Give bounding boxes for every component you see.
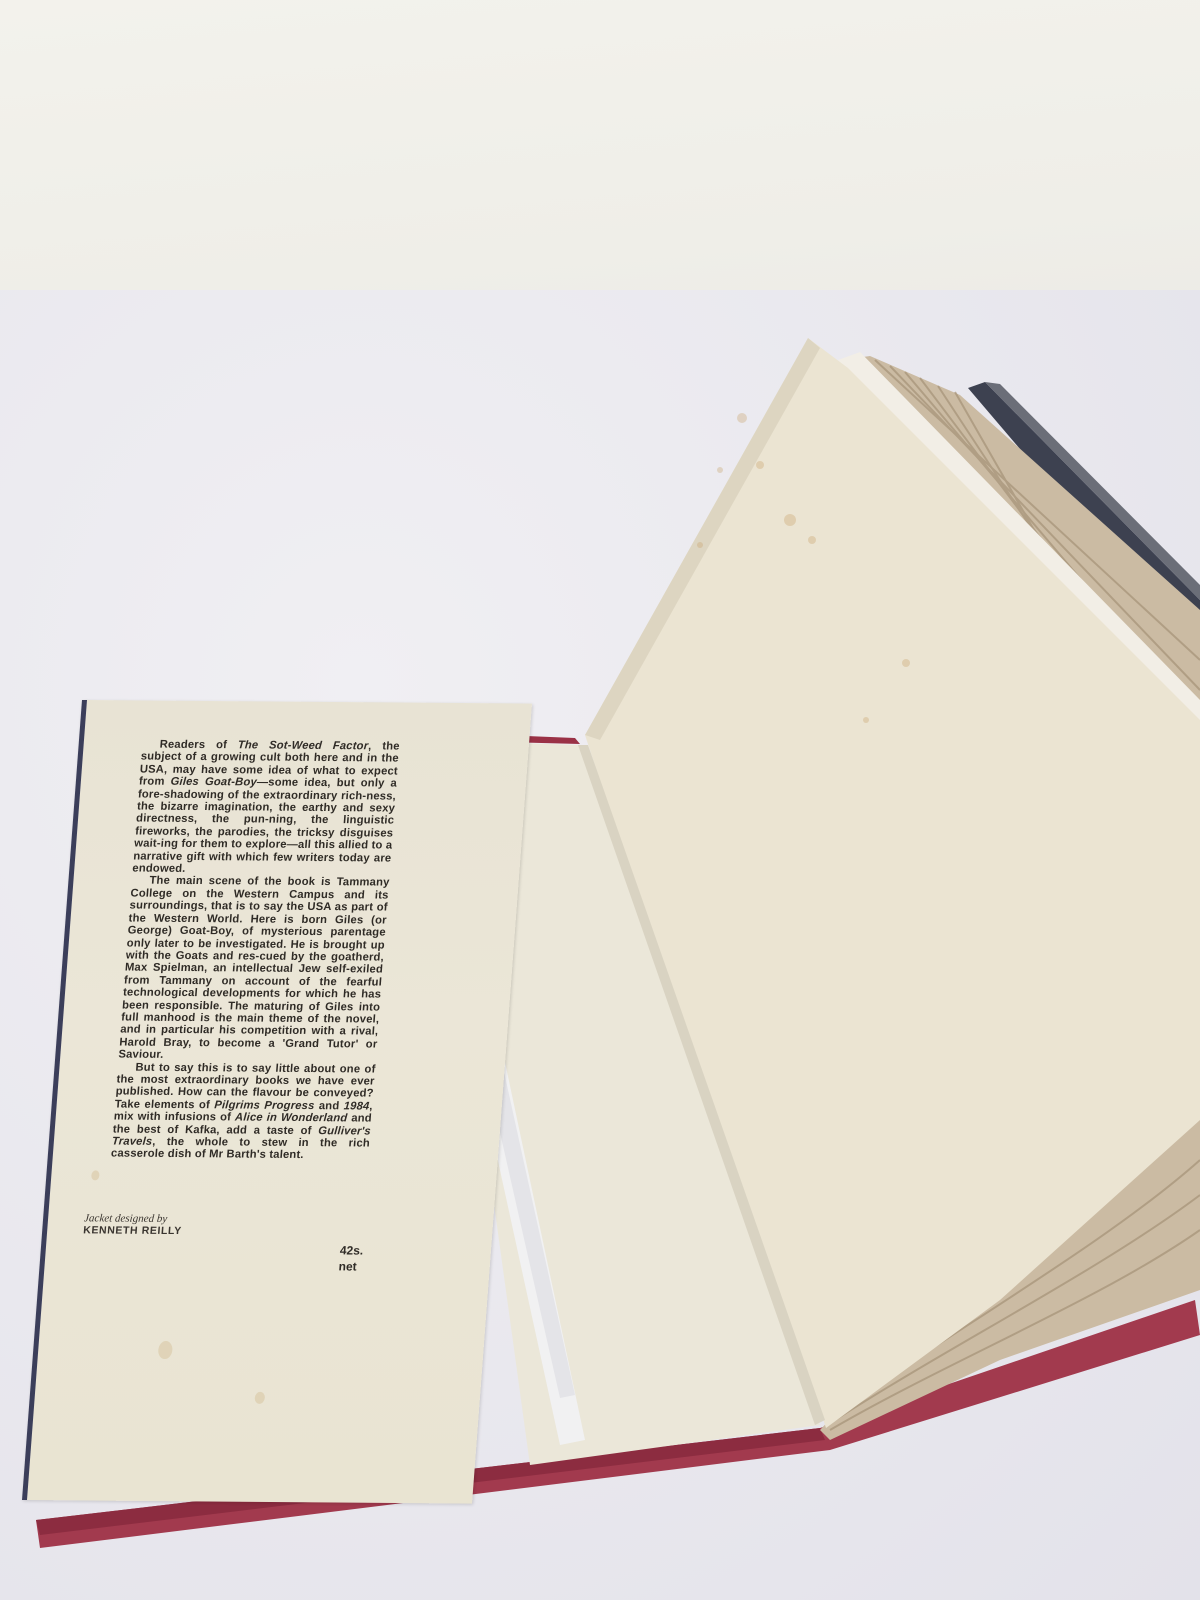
book-title-sot-weed-factor: The Sot-Weed Factor <box>237 739 368 752</box>
blurb-text: The main scene of the book is Tammany Co… <box>118 875 390 1061</box>
book-title-giles-goat-boy: Giles Goat-Boy <box>170 776 257 789</box>
designer-name: KENNETH REILLY <box>83 1224 182 1237</box>
jacket-flap: Readers of The Sot-Weed Factor, the subj… <box>22 700 532 1504</box>
blurb-paragraph: But to say this is to say little about o… <box>111 1061 376 1162</box>
foxing-stain <box>158 1341 173 1359</box>
book-title-alice: Alice in Wonderland <box>235 1112 348 1125</box>
blurb-paragraph: Readers of The Sot-Weed Factor, the subj… <box>132 739 400 878</box>
jacket-credit: Jacket designed by KENNETH REILLY <box>83 1212 183 1237</box>
blurb-text: —some idea, but only a fore-shadowing of… <box>132 777 397 875</box>
book-title-pilgrims-progress: Pilgrims Progress <box>214 1099 315 1112</box>
jacket-blurb: Readers of The Sot-Weed Factor, the subj… <box>111 739 401 1163</box>
book-title-1984: 1984 <box>343 1100 370 1112</box>
credit-line: Jacket designed by <box>84 1212 183 1225</box>
foxing-stain <box>254 1392 265 1404</box>
price-tag: 42s. net <box>338 1242 364 1274</box>
foxing-stain <box>91 1170 100 1180</box>
blurb-text: Readers of <box>159 739 238 752</box>
price-suffix: net <box>338 1258 363 1274</box>
price-value: 42s. <box>339 1242 364 1258</box>
blurb-paragraph: The main scene of the book is Tammany Co… <box>118 875 390 1063</box>
blurb-text: and <box>314 1100 344 1112</box>
